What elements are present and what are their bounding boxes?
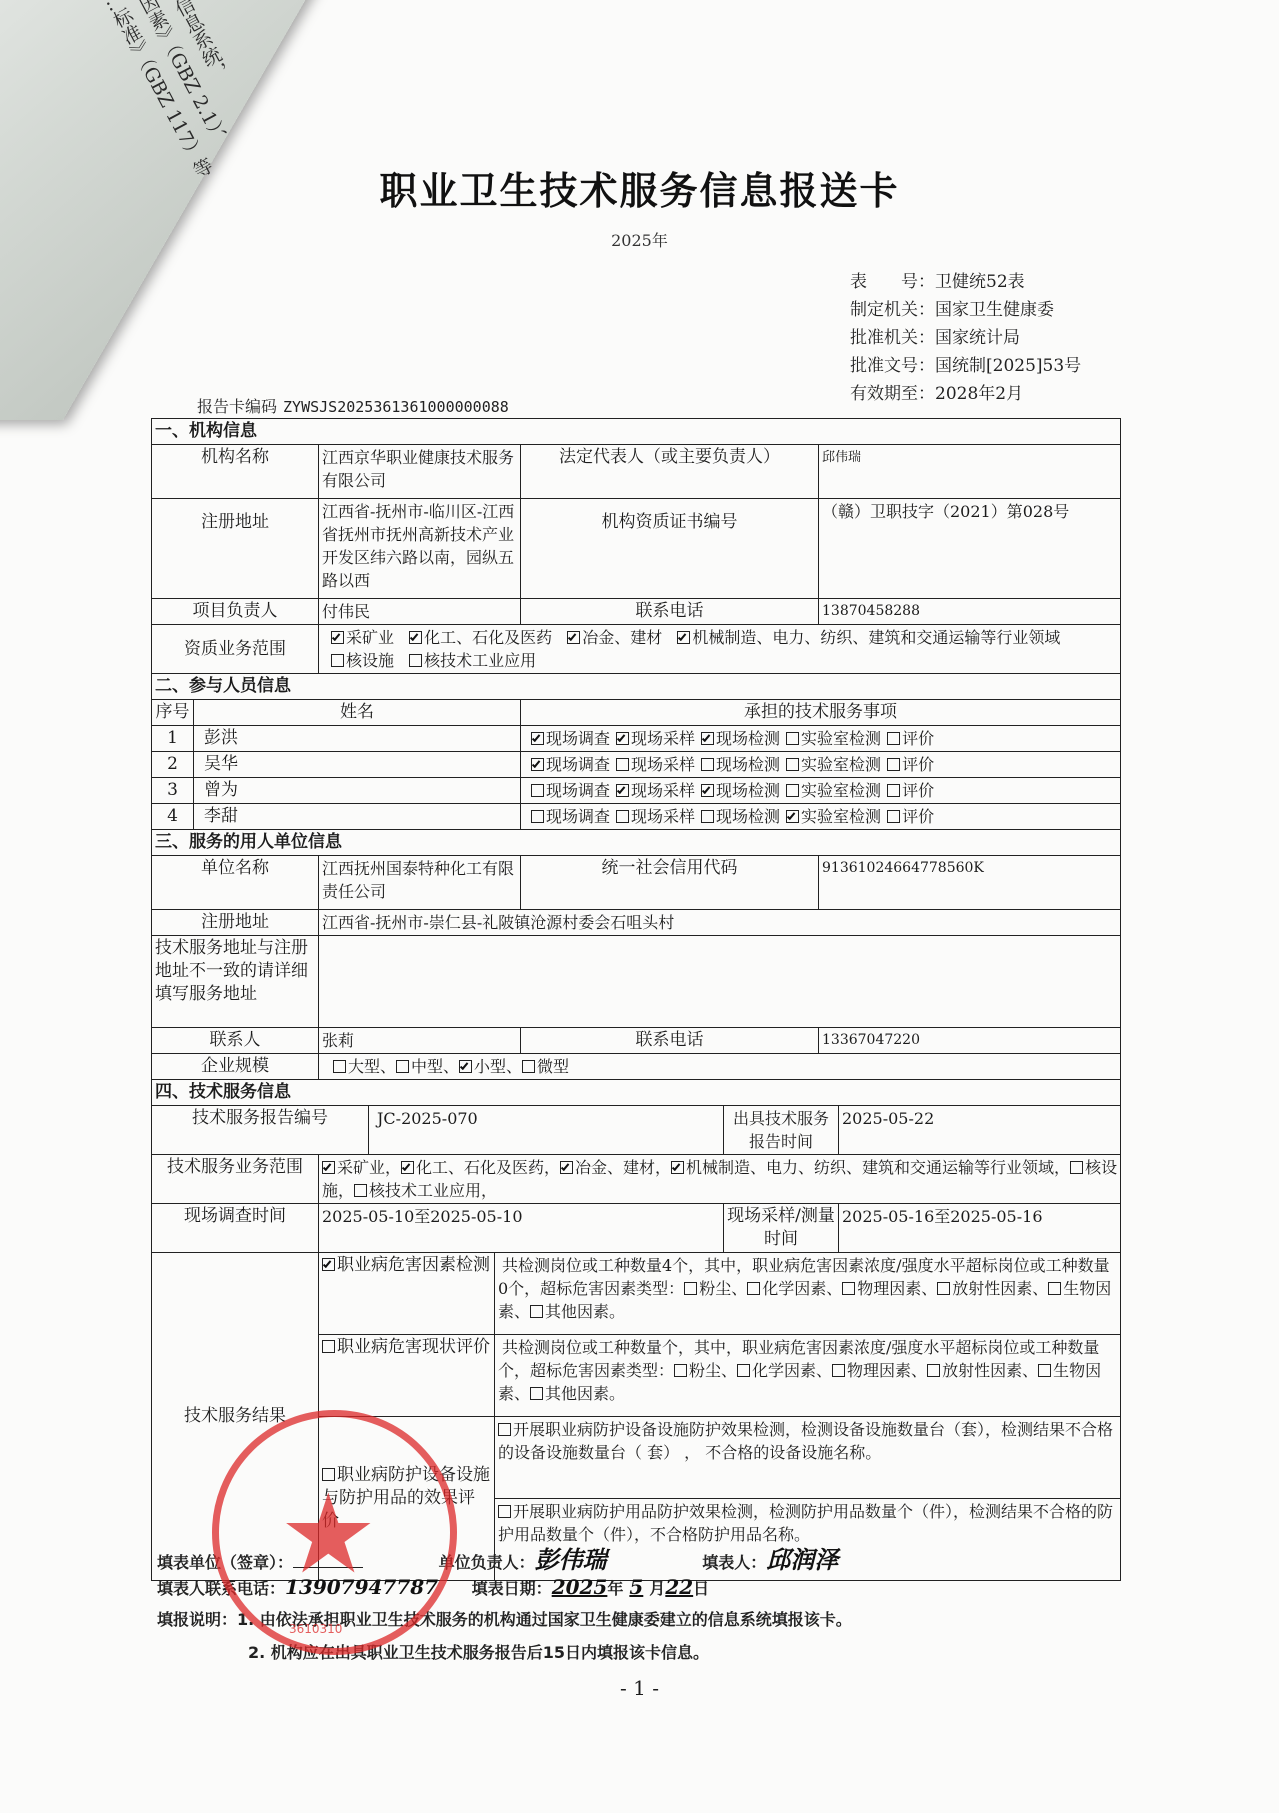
scope-option[interactable]: 核技术工业应用 (409, 651, 536, 670)
checked-box-icon[interactable] (701, 732, 714, 745)
result-status-evaluation-text: 共检测岗位或工种数量个，其中，职业病危害因素浓度/强度水平超标岗位或工种数量个，… (495, 1335, 1121, 1417)
fill-date-day: 22 (665, 1575, 693, 1599)
year-char: 年 (607, 1579, 623, 1598)
checked-box-icon[interactable] (531, 758, 544, 771)
org-name-value: 江西京华职业健康技术服务有限公司 (319, 445, 521, 499)
card-code-label: 报告卡编码 (197, 397, 277, 416)
day-char: 日 (693, 1579, 709, 1598)
checkbox-icon[interactable] (498, 1423, 511, 1436)
task-option[interactable]: 现场调查 (531, 755, 610, 774)
size-option[interactable]: 微型 (522, 1057, 569, 1076)
report-no-label: 技术服务报告编号 (152, 1106, 369, 1155)
protective-option[interactable]: 职业病防护设备设施与防护用品的效果评价 (322, 1465, 490, 1531)
checkbox-icon[interactable] (747, 1282, 760, 1295)
task-option[interactable]: 实验室检测 (786, 781, 881, 800)
filler-phone-label: 填表人联系电话： (157, 1579, 285, 1598)
checkbox-icon[interactable] (1070, 1161, 1083, 1174)
notes-label: 填报说明： (157, 1610, 237, 1629)
size-option[interactable]: 中型、 (396, 1057, 459, 1076)
checkbox-icon[interactable] (322, 1340, 335, 1353)
table-row: 1彭洪现场调查现场采样现场检测实验室检测评价 (152, 726, 1121, 752)
checked-box-icon[interactable] (677, 631, 690, 644)
checked-box-icon[interactable] (322, 1258, 335, 1271)
scope-option[interactable]: 核技术工业应用， (354, 1181, 497, 1200)
task-option[interactable]: 实验室检测 (786, 807, 881, 826)
service-addr-label: 技术服务地址与注册地址不一致的请详细填写服务地址 (152, 936, 319, 1028)
credit-code-value: 91361024664778560K (819, 856, 1121, 910)
task-option[interactable]: 现场调查 (531, 729, 610, 748)
info-form-table: 一、机构信息 机构名称 江西京华职业健康技术服务有限公司 法定代表人（或主要负责… (151, 418, 1121, 1581)
legal-rep-value: 邱伟瑞 (819, 445, 1121, 499)
person-name: 曾为 (194, 778, 521, 804)
task-option[interactable]: 现场采样 (616, 807, 695, 826)
filler-phone-value: 13907947787 (285, 1575, 438, 1599)
checkbox-icon[interactable] (737, 1364, 750, 1377)
checkbox-icon[interactable] (333, 1060, 346, 1073)
sampling-time-value: 2025-05-16至2025-05-16 (839, 1204, 1121, 1253)
scope-option[interactable]: 机械制造、电力、纺织、建筑和交通运输等行业领域 (677, 628, 1060, 647)
note-2: 2. 机构应在出具职业卫生技术服务报告后15日内填报该卡信息。 (248, 1643, 709, 1662)
meta-value: 国统制[2025]53号 (935, 356, 1081, 376)
checkbox-icon[interactable] (887, 784, 900, 797)
report-date-label: 出具技术服务报告时间 (724, 1106, 839, 1155)
unit-head-signature: 彭伟瑞 (535, 1545, 607, 1574)
person-tasks: 现场调查现场采样现场检测实验室检测评价 (521, 752, 1121, 778)
task-option[interactable]: 现场调查 (531, 807, 610, 826)
scope-label: 资质业务范围 (152, 625, 319, 674)
scope-option[interactable]: 冶金、建材， (560, 1158, 671, 1177)
person-name: 李甜 (194, 804, 521, 830)
col-no-header: 序号 (152, 700, 194, 726)
size-option[interactable]: 小型、 (459, 1057, 522, 1076)
survey-time-value: 2025-05-10至2025-05-10 (319, 1204, 724, 1253)
sampling-time-label: 现场采样/测量时间 (724, 1204, 839, 1253)
result-protective-equipment-text: 开展职业病防护设备设施防护效果检测，检测设备设施数量台（套），检测结果不合格的设… (495, 1417, 1121, 1499)
person-no: 1 (152, 726, 194, 752)
person-name: 彭洪 (194, 726, 521, 752)
task-option[interactable]: 现场采样 (616, 781, 695, 800)
scope-option[interactable]: 冶金、建材 (567, 628, 662, 647)
report-year: 2025年 (0, 228, 1279, 251)
section-1-title: 一、机构信息 (152, 419, 1121, 445)
tech-scope-options: 采矿业，化工、石化及医药，冶金、建材，机械制造、电力、纺织、建筑和交通运输等行业… (319, 1155, 1121, 1204)
result-option[interactable]: 职业病危害因素检测 (322, 1255, 490, 1275)
person-tasks: 现场调查现场采样现场检测实验室检测评价 (521, 804, 1121, 830)
checkbox-icon[interactable] (701, 810, 714, 823)
meta-label: 有效期至： (850, 384, 935, 404)
month-char: 月 (649, 1579, 665, 1598)
reg-addr-value: 江西省-抚州市-临川区-江西省抚州市抚州高新技术产业开发区纬六路以南，园纵五路以… (319, 499, 521, 599)
checkbox-icon[interactable] (786, 784, 799, 797)
scope-option[interactable]: 化工、石化及医药 (409, 628, 552, 647)
task-option[interactable]: 现场检测 (701, 781, 780, 800)
checkbox-icon[interactable] (786, 758, 799, 771)
checkbox-icon[interactable] (531, 784, 544, 797)
meta-label: 表 号： (850, 272, 935, 292)
footer-row-1: 填表单位（签章）： 单位负责人：彭伟瑞 填表人：邱润泽 (157, 1540, 838, 1575)
factor-option[interactable]: 其他因素。 (530, 1384, 625, 1403)
checkbox-icon[interactable] (331, 654, 344, 667)
footer-note-2: 2. 机构应在出具职业卫生技术服务报告后15日内填报该卡信息。 (248, 1640, 709, 1663)
person-no: 3 (152, 778, 194, 804)
document-page: …证信息系统， …因素》（GBZ 2.1）、 …标准》（GBZ 117）等 职业… (0, 0, 1279, 1813)
meta-row: 批准文号：国统制[2025]53号 (850, 352, 1081, 380)
protective-item[interactable]: 开展职业病防护设备设施防护效果检测，检测设备设施数量台（套），检测结果不合格的设… (498, 1420, 1113, 1462)
checkbox-icon[interactable] (530, 1387, 543, 1400)
person-tasks: 现场调查现场采样现场检测实验室检测评价 (521, 778, 1121, 804)
checked-box-icon[interactable] (560, 1161, 573, 1174)
checked-box-icon[interactable] (616, 732, 629, 745)
meta-value: 国家卫生健康委 (935, 300, 1054, 320)
checkbox-icon[interactable] (786, 732, 799, 745)
report-no-value: JC-2025-070 (369, 1106, 724, 1155)
legal-rep-label: 法定代表人（或主要负责人） (521, 445, 819, 499)
scope-option[interactable]: 机械制造、电力、纺织、建筑和交通运输等行业领域， (671, 1158, 1070, 1177)
form-meta: 表 号：卫健统52表制定机关：国家卫生健康委批准机关：国家统计局批准文号：国统制… (850, 268, 1081, 408)
section-3-title: 三、服务的用人单位信息 (152, 830, 1121, 856)
note-1: 1. 由依法承担职业卫生技术服务的机构通过国家卫生健康委建立的信息系统填报该卡。 (237, 1610, 852, 1629)
checkbox-icon[interactable] (674, 1364, 687, 1377)
unit-reg-addr-value: 江西省-抚州市-崇仁县-礼陂镇沧源村委会石咀头村 (319, 910, 1121, 936)
checked-box-icon[interactable] (671, 1161, 684, 1174)
checked-box-icon[interactable] (401, 1161, 414, 1174)
scope-option[interactable]: 化工、石化及医药， (401, 1158, 560, 1177)
checkbox-icon[interactable] (937, 1282, 950, 1295)
unit-reg-addr-label: 注册地址 (152, 910, 319, 936)
meta-row: 表 号：卫健统52表 (850, 268, 1081, 296)
project-lead-value: 付伟民 (319, 599, 521, 625)
fill-date-month: 5 (623, 1575, 649, 1599)
phone-label: 联系电话 (521, 599, 819, 625)
contact-phone-value: 13367047220 (819, 1028, 1121, 1054)
checkbox-icon[interactable] (354, 1184, 367, 1197)
checked-box-icon[interactable] (331, 631, 344, 644)
meta-label: 制定机关： (850, 300, 935, 320)
checkbox-icon[interactable] (531, 810, 544, 823)
checkbox-icon[interactable] (927, 1364, 940, 1377)
col-name-header: 姓名 (194, 700, 521, 726)
col-tasks-header: 承担的技术服务事项 (521, 700, 1121, 726)
checked-box-icon[interactable] (616, 784, 629, 797)
checkbox-icon[interactable] (530, 1305, 543, 1318)
org-name-label: 机构名称 (152, 445, 319, 499)
card-code-value: ZYWSJS2025361361000000088 (283, 398, 509, 416)
footer-row-2: 填表人联系电话：13907947787 填表日期：2025年5月22日 (157, 1575, 709, 1599)
table-row: 2吴华现场调查现场采样现场检测实验室检测评价 (152, 752, 1121, 778)
factor-option[interactable]: 放射性因素、 (927, 1361, 1038, 1380)
task-option[interactable]: 现场调查 (531, 781, 610, 800)
person-tasks: 现场调查现场采样现场检测实验室检测评价 (521, 726, 1121, 752)
contact-label: 联系人 (152, 1028, 319, 1054)
task-option[interactable]: 现场检测 (701, 755, 780, 774)
result-hazard-detection-text: 共检测岗位或工种数量4个，其中，职业病危害因素浓度/强度水平超标岗位或工种数量0… (495, 1253, 1121, 1335)
task-option[interactable]: 评价 (887, 755, 934, 774)
meta-label: 批准机关： (850, 328, 935, 348)
table-row: 4李甜现场调查现场采样现场检测实验室检测评价 (152, 804, 1121, 830)
section-2-title: 二、参与人员信息 (152, 674, 1121, 700)
task-option[interactable]: 现场检测 (701, 807, 780, 826)
checkbox-icon[interactable] (409, 654, 422, 667)
checkbox-icon[interactable] (1038, 1364, 1051, 1377)
filler-label: 填表人： (702, 1553, 766, 1572)
scope-option[interactable]: 采矿业， (322, 1158, 401, 1177)
meta-value: 国家统计局 (935, 328, 1020, 348)
cert-value: （赣）卫职技字（2021）第028号 (819, 499, 1121, 599)
meta-value: 2028年2月 (935, 384, 1023, 404)
phone-value: 13870458288 (819, 599, 1121, 625)
unit-name-label: 单位名称 (152, 856, 319, 910)
unit-name-value: 江西抚州国泰特种化工有限责任公司 (319, 856, 521, 910)
checkbox-icon[interactable] (842, 1282, 855, 1295)
factor-option[interactable]: 其他因素。 (530, 1302, 625, 1321)
checked-box-icon[interactable] (459, 1060, 472, 1073)
checked-box-icon[interactable] (322, 1161, 335, 1174)
table-row: 3曾为现场调查现场采样现场检测实验室检测评价 (152, 778, 1121, 804)
service-addr-value (319, 936, 1121, 1028)
protective-item[interactable]: 开展职业病防护用品防护效果检测，检测防护用品数量个（件），检测结果不合格的防护用… (498, 1502, 1113, 1544)
size-label: 企业规模 (152, 1054, 319, 1080)
section-4-title: 四、技术服务信息 (152, 1080, 1121, 1106)
checkbox-icon[interactable] (522, 1060, 535, 1073)
meta-label: 批准文号： (850, 356, 935, 376)
scope-option[interactable]: 核设施 (331, 651, 394, 670)
footer-notes: 填报说明：1. 由依法承担职业卫生技术服务的机构通过国家卫生健康委建立的信息系统… (157, 1607, 852, 1630)
filler-signature: 邱润泽 (766, 1545, 838, 1574)
reg-addr-label: 注册地址 (152, 499, 319, 599)
factor-option[interactable]: 放射性因素、 (937, 1279, 1048, 1298)
checkbox-icon[interactable] (616, 810, 629, 823)
project-lead-label: 项目负责人 (152, 599, 319, 625)
survey-time-label: 现场调查时间 (152, 1204, 319, 1253)
factor-option[interactable]: 物理因素、 (832, 1361, 927, 1380)
unit-head-label: 单位负责人： (439, 1553, 535, 1572)
checkbox-icon[interactable] (322, 1468, 335, 1481)
checkbox-icon[interactable] (684, 1282, 697, 1295)
credit-code-label: 统一社会信用代码 (521, 856, 819, 910)
person-no: 4 (152, 804, 194, 830)
checked-box-icon[interactable] (531, 732, 544, 745)
task-option[interactable]: 实验室检测 (786, 729, 881, 748)
checkbox-icon[interactable] (887, 732, 900, 745)
factor-option[interactable]: 粉尘、 (684, 1279, 747, 1298)
checkbox-icon[interactable] (1048, 1282, 1061, 1295)
person-no: 2 (152, 752, 194, 778)
report-date-value: 2025-05-22 (839, 1106, 1121, 1155)
size-options: 大型、中型、小型、微型 (319, 1054, 1121, 1080)
card-code: 报告卡编码ZYWSJS2025361361000000088 (197, 394, 509, 417)
page-number: - 1 - (0, 1676, 1279, 1700)
result-hazard-detection-label: 职业病危害因素检测 (319, 1253, 495, 1335)
factor-option[interactable]: 化学因素、 (737, 1361, 832, 1380)
result-status-evaluation-label: 职业病危害现状评价 (319, 1335, 495, 1417)
task-option[interactable]: 实验室检测 (786, 755, 881, 774)
checked-box-icon[interactable] (786, 810, 799, 823)
meta-value: 卫健统52表 (935, 272, 1025, 292)
meta-row: 批准机关：国家统计局 (850, 324, 1081, 352)
cert-label: 机构资质证书编号 (521, 499, 819, 599)
checkbox-icon[interactable] (701, 758, 714, 771)
unit-stamp-label: 填表单位（签章）： (157, 1553, 293, 1572)
meta-row: 有效期至：2028年2月 (850, 380, 1081, 408)
factor-option[interactable]: 粉尘、 (674, 1361, 737, 1380)
result-option[interactable]: 职业病危害现状评价 (322, 1337, 490, 1357)
factor-option[interactable]: 物理因素、 (842, 1279, 937, 1298)
factor-option[interactable]: 化学因素、 (747, 1279, 842, 1298)
fill-date-year: 2025 (552, 1575, 608, 1599)
checked-box-icon[interactable] (701, 784, 714, 797)
checked-box-icon[interactable] (409, 631, 422, 644)
checked-box-icon[interactable] (567, 631, 580, 644)
checkbox-icon[interactable] (616, 758, 629, 771)
task-option[interactable]: 评价 (887, 781, 934, 800)
size-option[interactable]: 大型、 (333, 1057, 396, 1076)
checkbox-icon[interactable] (832, 1364, 845, 1377)
checkbox-icon[interactable] (887, 758, 900, 771)
task-option[interactable]: 评价 (887, 807, 934, 826)
meta-row: 制定机关：国家卫生健康委 (850, 296, 1081, 324)
checkbox-icon[interactable] (498, 1505, 511, 1518)
scope-options: 采矿业 化工、石化及医药 冶金、建材 机械制造、电力、纺织、建筑和交通运输等行业… (319, 625, 1121, 674)
scope-option[interactable]: 采矿业 (331, 628, 394, 647)
tech-scope-label: 技术服务业务范围 (152, 1155, 319, 1204)
task-option[interactable]: 评价 (887, 729, 934, 748)
results-label: 技术服务结果 (152, 1253, 319, 1581)
checkbox-icon[interactable] (396, 1060, 409, 1073)
contact-value: 张莉 (319, 1028, 521, 1054)
person-name: 吴华 (194, 752, 521, 778)
task-option[interactable]: 现场采样 (616, 755, 695, 774)
checkbox-icon[interactable] (887, 810, 900, 823)
task-option[interactable]: 现场采样 (616, 729, 695, 748)
contact-phone-label: 联系电话 (521, 1028, 819, 1054)
fill-date-label: 填表日期： (472, 1579, 552, 1598)
task-option[interactable]: 现场检测 (701, 729, 780, 748)
